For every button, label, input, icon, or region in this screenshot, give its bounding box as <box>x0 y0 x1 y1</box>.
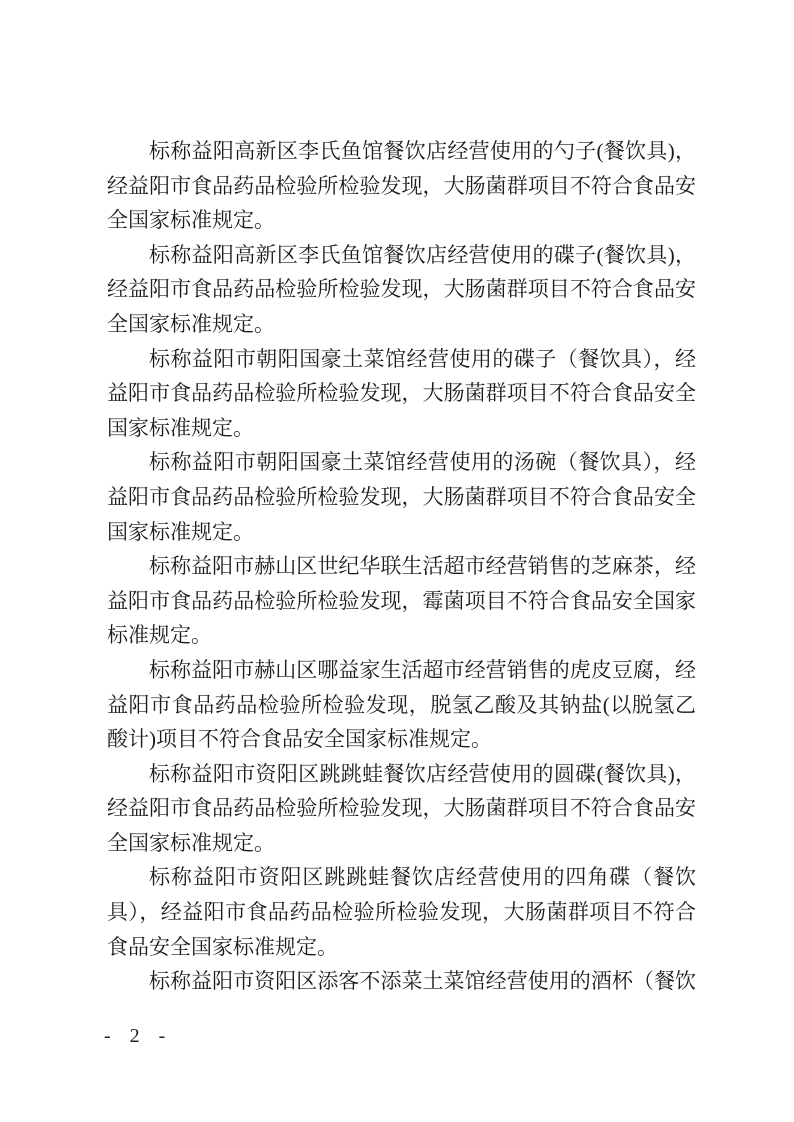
paragraph: 标称益阳市资阳区添客不添菜土菜馆经营使用的酒杯（餐饮 <box>107 964 696 999</box>
text-line: 标称益阳高新区李氏鱼馆餐饮店经营使用的勺子(餐饮具)， <box>107 134 696 169</box>
text-line: 全国家标准规定。 <box>107 307 696 342</box>
text-line: 酸计)项目不符合食品安全国家标准规定。 <box>107 722 696 757</box>
text-line: 标准规定。 <box>107 618 696 653</box>
text-line: 益阳市食品药品检验所检验发现，大肠菌群项目不符合食品安全 <box>107 376 696 411</box>
paragraph: 标称益阳市赫山区世纪华联生活超市经营销售的芝麻茶，经益阳市食品药品检验所检验发现… <box>107 549 696 653</box>
text-line: 标称益阳市朝阳国豪土菜馆经营使用的汤碗（餐饮具），经 <box>107 445 696 480</box>
page-number: - 2 - <box>104 1024 172 1048</box>
document-body: 标称益阳高新区李氏鱼馆餐饮店经营使用的勺子(餐饮具)，经益阳市食品药品检验所检验… <box>107 134 696 999</box>
text-line: 国家标准规定。 <box>107 515 696 550</box>
text-line: 食品安全国家标准规定。 <box>107 930 696 965</box>
text-line: 经益阳市食品药品检验所检验发现，大肠菌群项目不符合食品安 <box>107 272 696 307</box>
paragraph: 标称益阳高新区李氏鱼馆餐饮店经营使用的勺子(餐饮具)，经益阳市食品药品检验所检验… <box>107 134 696 238</box>
text-line: 全国家标准规定。 <box>107 826 696 861</box>
text-line: 国家标准规定。 <box>107 411 696 446</box>
text-line: 具），经益阳市食品药品检验所检验发现，大肠菌群项目不符合 <box>107 895 696 930</box>
paragraph: 标称益阳市朝阳国豪土菜馆经营使用的汤碗（餐饮具），经益阳市食品药品检验所检验发现… <box>107 445 696 549</box>
text-line: 经益阳市食品药品检验所检验发现，大肠菌群项目不符合食品安 <box>107 169 696 204</box>
text-line: 标称益阳市资阳区跳跳蛙餐饮店经营使用的圆碟(餐饮具)， <box>107 757 696 792</box>
text-line: 益阳市食品药品检验所检验发现，大肠菌群项目不符合食品安全 <box>107 480 696 515</box>
text-line: 标称益阳市资阳区添客不添菜土菜馆经营使用的酒杯（餐饮 <box>107 964 696 999</box>
text-line: 标称益阳市赫山区世纪华联生活超市经营销售的芝麻茶，经 <box>107 549 696 584</box>
text-line: 益阳市食品药品检验所检验发现，霉菌项目不符合食品安全国家 <box>107 584 696 619</box>
text-line: 标称益阳高新区李氏鱼馆餐饮店经营使用的碟子(餐饮具)， <box>107 238 696 273</box>
text-line: 益阳市食品药品检验所检验发现，脱氢乙酸及其钠盐(以脱氢乙 <box>107 688 696 723</box>
paragraph: 标称益阳市资阳区跳跳蛙餐饮店经营使用的圆碟(餐饮具)，经益阳市食品药品检验所检验… <box>107 757 696 861</box>
text-line: 标称益阳市朝阳国豪土菜馆经营使用的碟子（餐饮具），经 <box>107 342 696 377</box>
text-line: 标称益阳市资阳区跳跳蛙餐饮店经营使用的四角碟（餐饮 <box>107 860 696 895</box>
paragraph: 标称益阳市赫山区哪益家生活超市经营销售的虎皮豆腐，经益阳市食品药品检验所检验发现… <box>107 653 696 757</box>
paragraph: 标称益阳市朝阳国豪土菜馆经营使用的碟子（餐饮具），经益阳市食品药品检验所检验发现… <box>107 342 696 446</box>
text-line: 全国家标准规定。 <box>107 203 696 238</box>
paragraph: 标称益阳市资阳区跳跳蛙餐饮店经营使用的四角碟（餐饮具），经益阳市食品药品检验所检… <box>107 860 696 964</box>
document-page: 标称益阳高新区李氏鱼馆餐饮店经营使用的勺子(餐饮具)，经益阳市食品药品检验所检验… <box>0 0 794 1122</box>
paragraph: 标称益阳高新区李氏鱼馆餐饮店经营使用的碟子(餐饮具)，经益阳市食品药品检验所检验… <box>107 238 696 342</box>
text-line: 经益阳市食品药品检验所检验发现，大肠菌群项目不符合食品安 <box>107 791 696 826</box>
text-line: 标称益阳市赫山区哪益家生活超市经营销售的虎皮豆腐，经 <box>107 653 696 688</box>
